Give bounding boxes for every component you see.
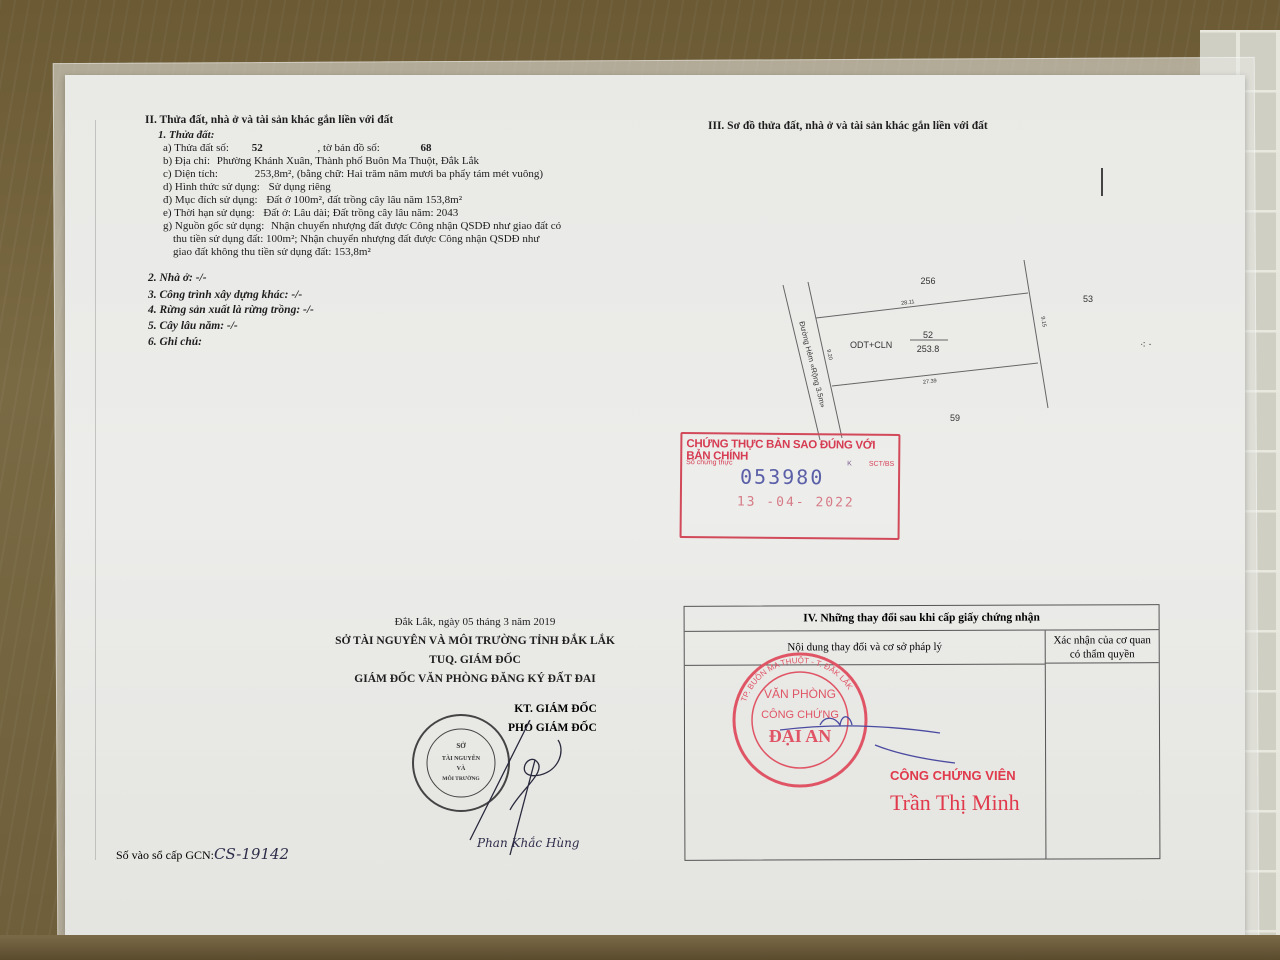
diagram-area: 253.8: [917, 344, 940, 354]
area-value: 253,8m², (bằng chữ: Hai trăm năm mươi ba…: [255, 168, 543, 180]
origin-line-1: Nhận chuyển nhượng đất được Công nhận QS…: [271, 220, 561, 232]
registry-number: Số vào sổ cấp GCN:CS-19142: [116, 845, 289, 863]
signature-block: Đắk Lắk, ngày 05 tháng 3 năm 2019 SỞ TÀI…: [300, 613, 650, 689]
origin-row: g) Nguồn gốc sử dụng: Nhận chuyển nhượng…: [163, 220, 561, 233]
signer-name: Phan Khắc Hùng: [477, 836, 580, 850]
use-form-label: d) Hình thức sử dụng:: [163, 181, 260, 193]
purpose-label: đ) Mục đích sử dụng:: [163, 194, 258, 206]
stamp-k-mark: K: [847, 460, 852, 467]
column-header-confirmation: Xác nhận của cơ quan có thẩm quyền: [1045, 630, 1159, 663]
area-label: c) Diện tích:: [163, 168, 218, 180]
item-notes: 6. Ghi chú:: [148, 336, 202, 349]
stamp-book-suffix: SCT/BS: [869, 461, 894, 468]
address-value: Phường Khánh Xuân, Thành phố Buôn Ma Thu…: [217, 155, 479, 167]
issuing-agency: SỞ TÀI NGUYÊN VÀ MÔI TRƯỜNG TỈNH ĐẮK LẮK: [300, 632, 650, 651]
north-arrow-icon: [1101, 168, 1103, 196]
registry-value: CS-19142: [214, 845, 289, 863]
svg-text:VĂN PHÒNG: VĂN PHÒNG: [764, 686, 836, 701]
notary-officer-name: Trần Thị Minh: [890, 790, 1020, 816]
registry-label: Số vào sổ cấp GCN:: [116, 848, 214, 862]
section-3-title: III. Sơ đồ thửa đất, nhà ở và tài sản kh…: [708, 120, 988, 133]
stamp-sub-label: Số chứng thực: [686, 459, 732, 466]
edge-right-length: 9.15: [1039, 316, 1047, 328]
term-row: e) Thời hạn sử dụng: Đất ở: Lâu dài; Đất…: [163, 207, 458, 220]
term-label: e) Thời hạn sử dụng:: [163, 207, 255, 219]
notary-officer-title: CÔNG CHỨNG VIÊN: [890, 768, 1016, 783]
section-4-title: IV. Những thay đổi sau khi cấp giấy chứn…: [685, 605, 1159, 632]
diagram-parcel-number: 52: [923, 330, 933, 340]
column-divider: [1045, 664, 1047, 859]
column-header-confirmation-line-2: có thẩm quyền: [1046, 647, 1159, 661]
purpose-value: Đất ở 100m², đất trồng cây lâu năm 153,8…: [266, 194, 462, 206]
map-label: , tờ bản đồ số:: [317, 142, 379, 154]
neighbor-bottom: 59: [950, 413, 960, 423]
parcel-number: 52: [252, 142, 263, 154]
ink-specks: ⁖ ·: [1140, 340, 1152, 351]
table-edge: [0, 935, 1280, 960]
land-code: ODT+CLN: [850, 340, 892, 350]
origin-label: g) Nguồn gốc sử dụng:: [163, 220, 264, 232]
use-form-value: Sử dụng riêng: [269, 181, 331, 193]
neighbor-right: 53: [1083, 294, 1093, 304]
use-form-row: d) Hình thức sử dụng: Sử dụng riêng: [163, 181, 331, 194]
area-row: c) Diện tích: 253,8m², (bằng chữ: Hai tr…: [163, 168, 543, 181]
edge-bottom-length: 27.39: [923, 378, 937, 385]
parcel-diagram-svg: 256 53 59 ODT+CLN 52 253.8 28.11 27.39 9…: [780, 260, 1120, 440]
stamp-number: 053980: [740, 465, 824, 490]
purpose-row: đ) Mục đích sử dụng: Đất ở 100m², đất tr…: [163, 194, 462, 207]
item-planted-forest: 4. Rừng sản xuất là rừng trồng: -/-: [148, 304, 314, 317]
place-date: Đắk Lắk, ngày 05 tháng 3 năm 2019: [300, 613, 650, 632]
parcel-diagram: 256 53 59 ODT+CLN 52 253.8 28.11 27.39 9…: [780, 260, 1120, 440]
origin-line-3: giao đất không thu tiền sử dụng đất: 153…: [173, 246, 371, 259]
item-house: 2. Nhà ở: -/-: [148, 272, 207, 285]
parcel-label: a) Thửa đất số:: [163, 142, 229, 154]
land-heading: 1. Thửa đất:: [158, 129, 214, 142]
on-behalf-of: TUQ. GIÁM ĐỐC: [300, 651, 650, 670]
neighbor-top: 256: [920, 276, 935, 286]
edge-left-length: 9.20: [825, 349, 833, 361]
notary-signature: [780, 705, 960, 765]
registration-office: GIÁM ĐỐC VĂN PHÒNG ĐĂNG KÝ ĐẤT ĐAI: [300, 670, 650, 689]
parcel-row: a) Thửa đất số: 52 , tờ bản đồ số: 68: [163, 142, 432, 155]
term-value: Đất ở: Lâu dài; Đất trồng cây lâu năm: 2…: [263, 207, 458, 219]
map-number: 68: [421, 142, 432, 154]
edge-top-length: 28.11: [901, 299, 915, 307]
item-other-construction: 3. Công trình xây dựng khác: -/-: [148, 289, 302, 302]
stamp-date: 13 -04- 2022: [737, 495, 855, 511]
certified-copy-stamp: CHỨNG THỰC BẢN SAO ĐÚNG VỚI BẢN CHÍNH Số…: [680, 432, 901, 540]
director-signature: [440, 690, 610, 860]
address-label: b) Địa chỉ:: [163, 155, 210, 167]
column-header-confirmation-line-1: Xác nhận của cơ quan: [1046, 633, 1159, 647]
item-perennial-trees: 5. Cây lâu năm: -/-: [148, 320, 238, 333]
paper-fold-line: [95, 120, 96, 860]
origin-line-2: thu tiền sử dụng đất: 100m²; Nhận chuyển…: [173, 233, 539, 246]
section-2-title: II. Thửa đất, nhà ở và tài sản khác gắn …: [145, 114, 393, 127]
address-row: b) Địa chỉ: Phường Khánh Xuân, Thành phố…: [163, 155, 479, 168]
